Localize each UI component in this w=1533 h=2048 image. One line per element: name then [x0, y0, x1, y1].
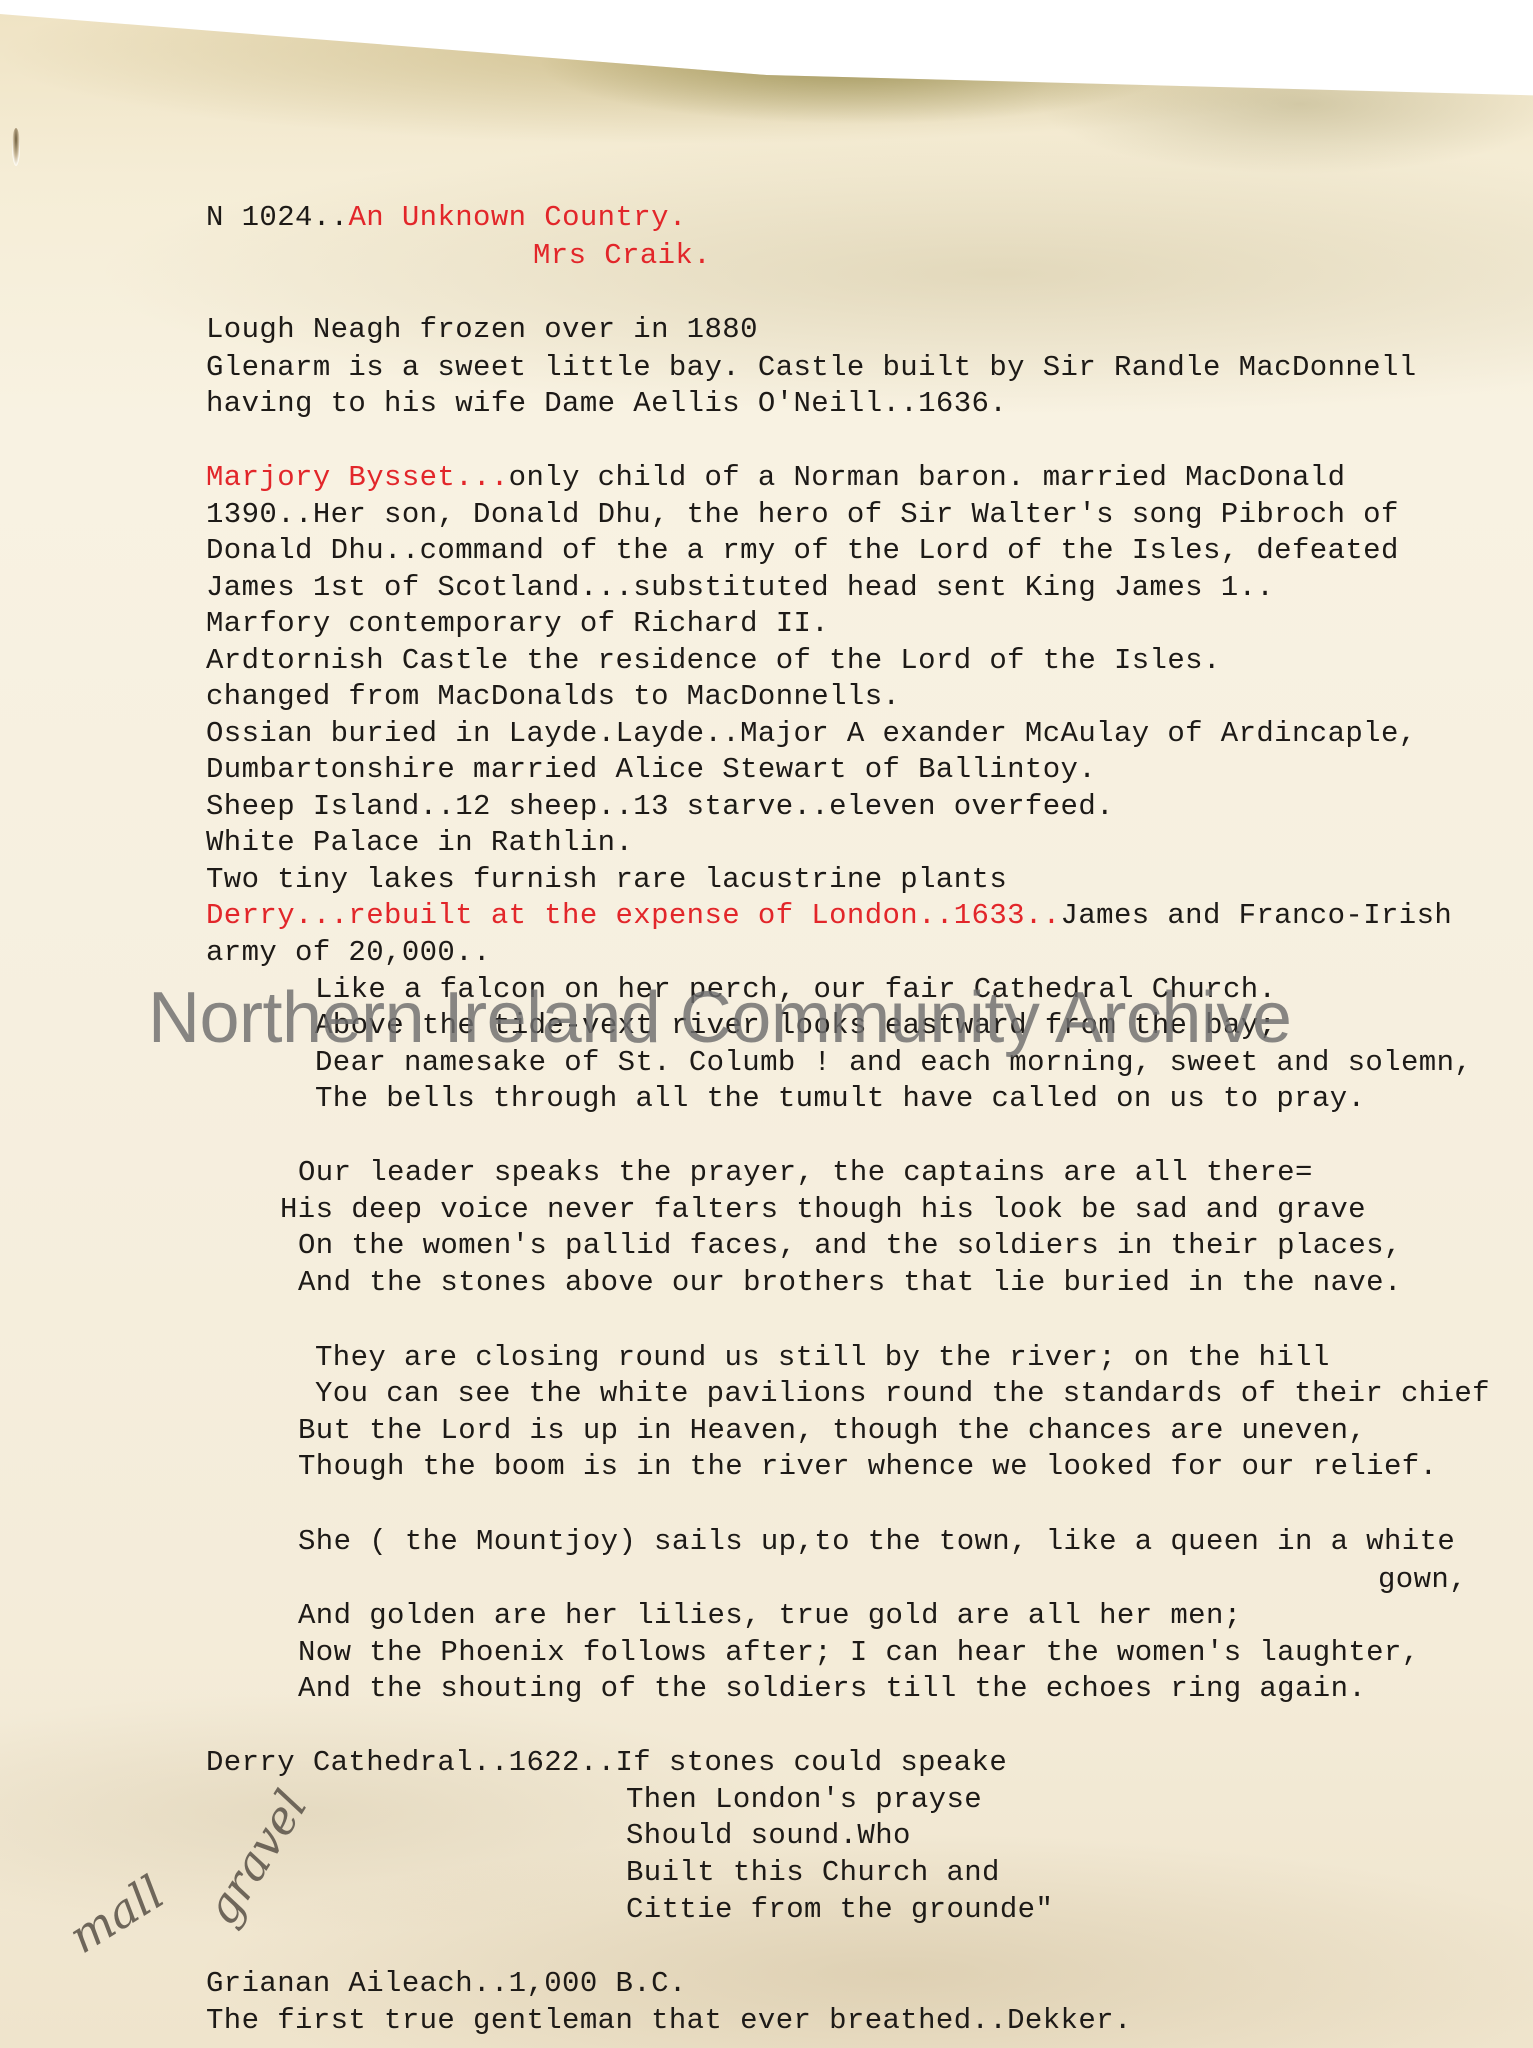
inscription-line: If stones could speake	[615, 1746, 1007, 1779]
poem-line: And the stones above our brothers that l…	[298, 1265, 1402, 1301]
text-line: Dumbartonshire married Alice Stewart of …	[206, 752, 1096, 788]
text-line: Grianan Aileach..1,000 B.C.	[206, 1966, 687, 2002]
text-line: James 1st of Scotland...substituted head…	[206, 570, 1274, 606]
text-line: 1390..Her son, Donald Dhu, the hero of S…	[206, 497, 1399, 533]
text-line: White Palace in Rathlin.	[206, 825, 633, 861]
punch-hole-mark	[12, 128, 20, 166]
poem-line: You can see the white pavilions round th…	[315, 1376, 1490, 1412]
poem-line-wrap: gown,	[1378, 1562, 1467, 1598]
highlighted-name: Marjory Bysset...	[206, 461, 509, 494]
poem-line: She ( the Mountjoy) sails up,to the town…	[298, 1524, 1455, 1560]
text-line: army of 20,000..	[206, 935, 491, 971]
text-line: Ossian buried in Layde.Layde..Major A ex…	[206, 716, 1417, 752]
poem-line: Though the boom is in the river whence w…	[298, 1449, 1437, 1485]
text-line: Marfory contemporary of Richard II.	[206, 606, 829, 642]
inscription-line: Should sound.Who	[626, 1818, 911, 1854]
document-reference: N 1024..	[206, 201, 348, 234]
text-line: Lough Neagh frozen over in 1880	[206, 312, 758, 348]
poem-line: Now the Phoenix follows after; I can hea…	[298, 1635, 1420, 1671]
poem-line: But the Lord is up in Heaven, though the…	[298, 1413, 1366, 1449]
watermark: Northern Ireland Community Archive	[148, 978, 1291, 1058]
poem-line: They are closing round us still by the r…	[315, 1340, 1330, 1376]
text-span: James and Franco-Irish	[1061, 899, 1453, 932]
poem-line: And the shouting of the soldiers till th…	[298, 1671, 1366, 1707]
text-line: Marjory Bysset...only child of a Norman …	[206, 460, 1345, 496]
text-line: Two tiny lakes furnish rare lacustrine p…	[206, 862, 1007, 898]
text-line: changed from MacDonalds to MacDonnells.	[206, 679, 900, 715]
header-line: N 1024..An Unknown Country.	[206, 200, 687, 236]
poem-line: His deep voice never falters though his …	[280, 1192, 1366, 1228]
text-line: Sheep Island..12 sheep..13 starve..eleve…	[206, 789, 1114, 825]
text-span: Derry Cathedral..1622..	[206, 1746, 615, 1779]
poem-line: Our leader speaks the prayer, the captai…	[298, 1155, 1313, 1191]
text-span: only child of a Norman baron. married Ma…	[509, 461, 1346, 494]
poem-line: On the women's pallid faces, and the sol…	[298, 1228, 1402, 1264]
text-line: The first true gentleman that ever breat…	[206, 2003, 1132, 2039]
inscription-line: Then London's prayse	[626, 1782, 982, 1818]
inscription-line: Cittie from the grounde"	[626, 1892, 1053, 1928]
document-author: Mrs Craik.	[533, 238, 711, 274]
text-line: Glenarm is a sweet little bay. Castle bu…	[206, 350, 1417, 386]
highlighted-derry: Derry...rebuilt at the expense of London…	[206, 899, 1061, 932]
text-line: Derry...rebuilt at the expense of London…	[206, 898, 1452, 934]
poem-line: The bells through all the tumult have ca…	[315, 1081, 1365, 1117]
text-line: Derry Cathedral..1622..If stones could s…	[206, 1745, 1007, 1781]
text-line: having to his wife Dame Aellis O'Neill..…	[206, 386, 1007, 422]
document-title: An Unknown Country.	[348, 201, 686, 234]
inscription-line: Built this Church and	[626, 1855, 1000, 1891]
text-line: Ardtornish Castle the residence of the L…	[206, 643, 1221, 679]
poem-line: And golden are her lilies, true gold are…	[298, 1598, 1242, 1634]
text-line: Donald Dhu..command of the a rmy of the …	[206, 533, 1399, 569]
